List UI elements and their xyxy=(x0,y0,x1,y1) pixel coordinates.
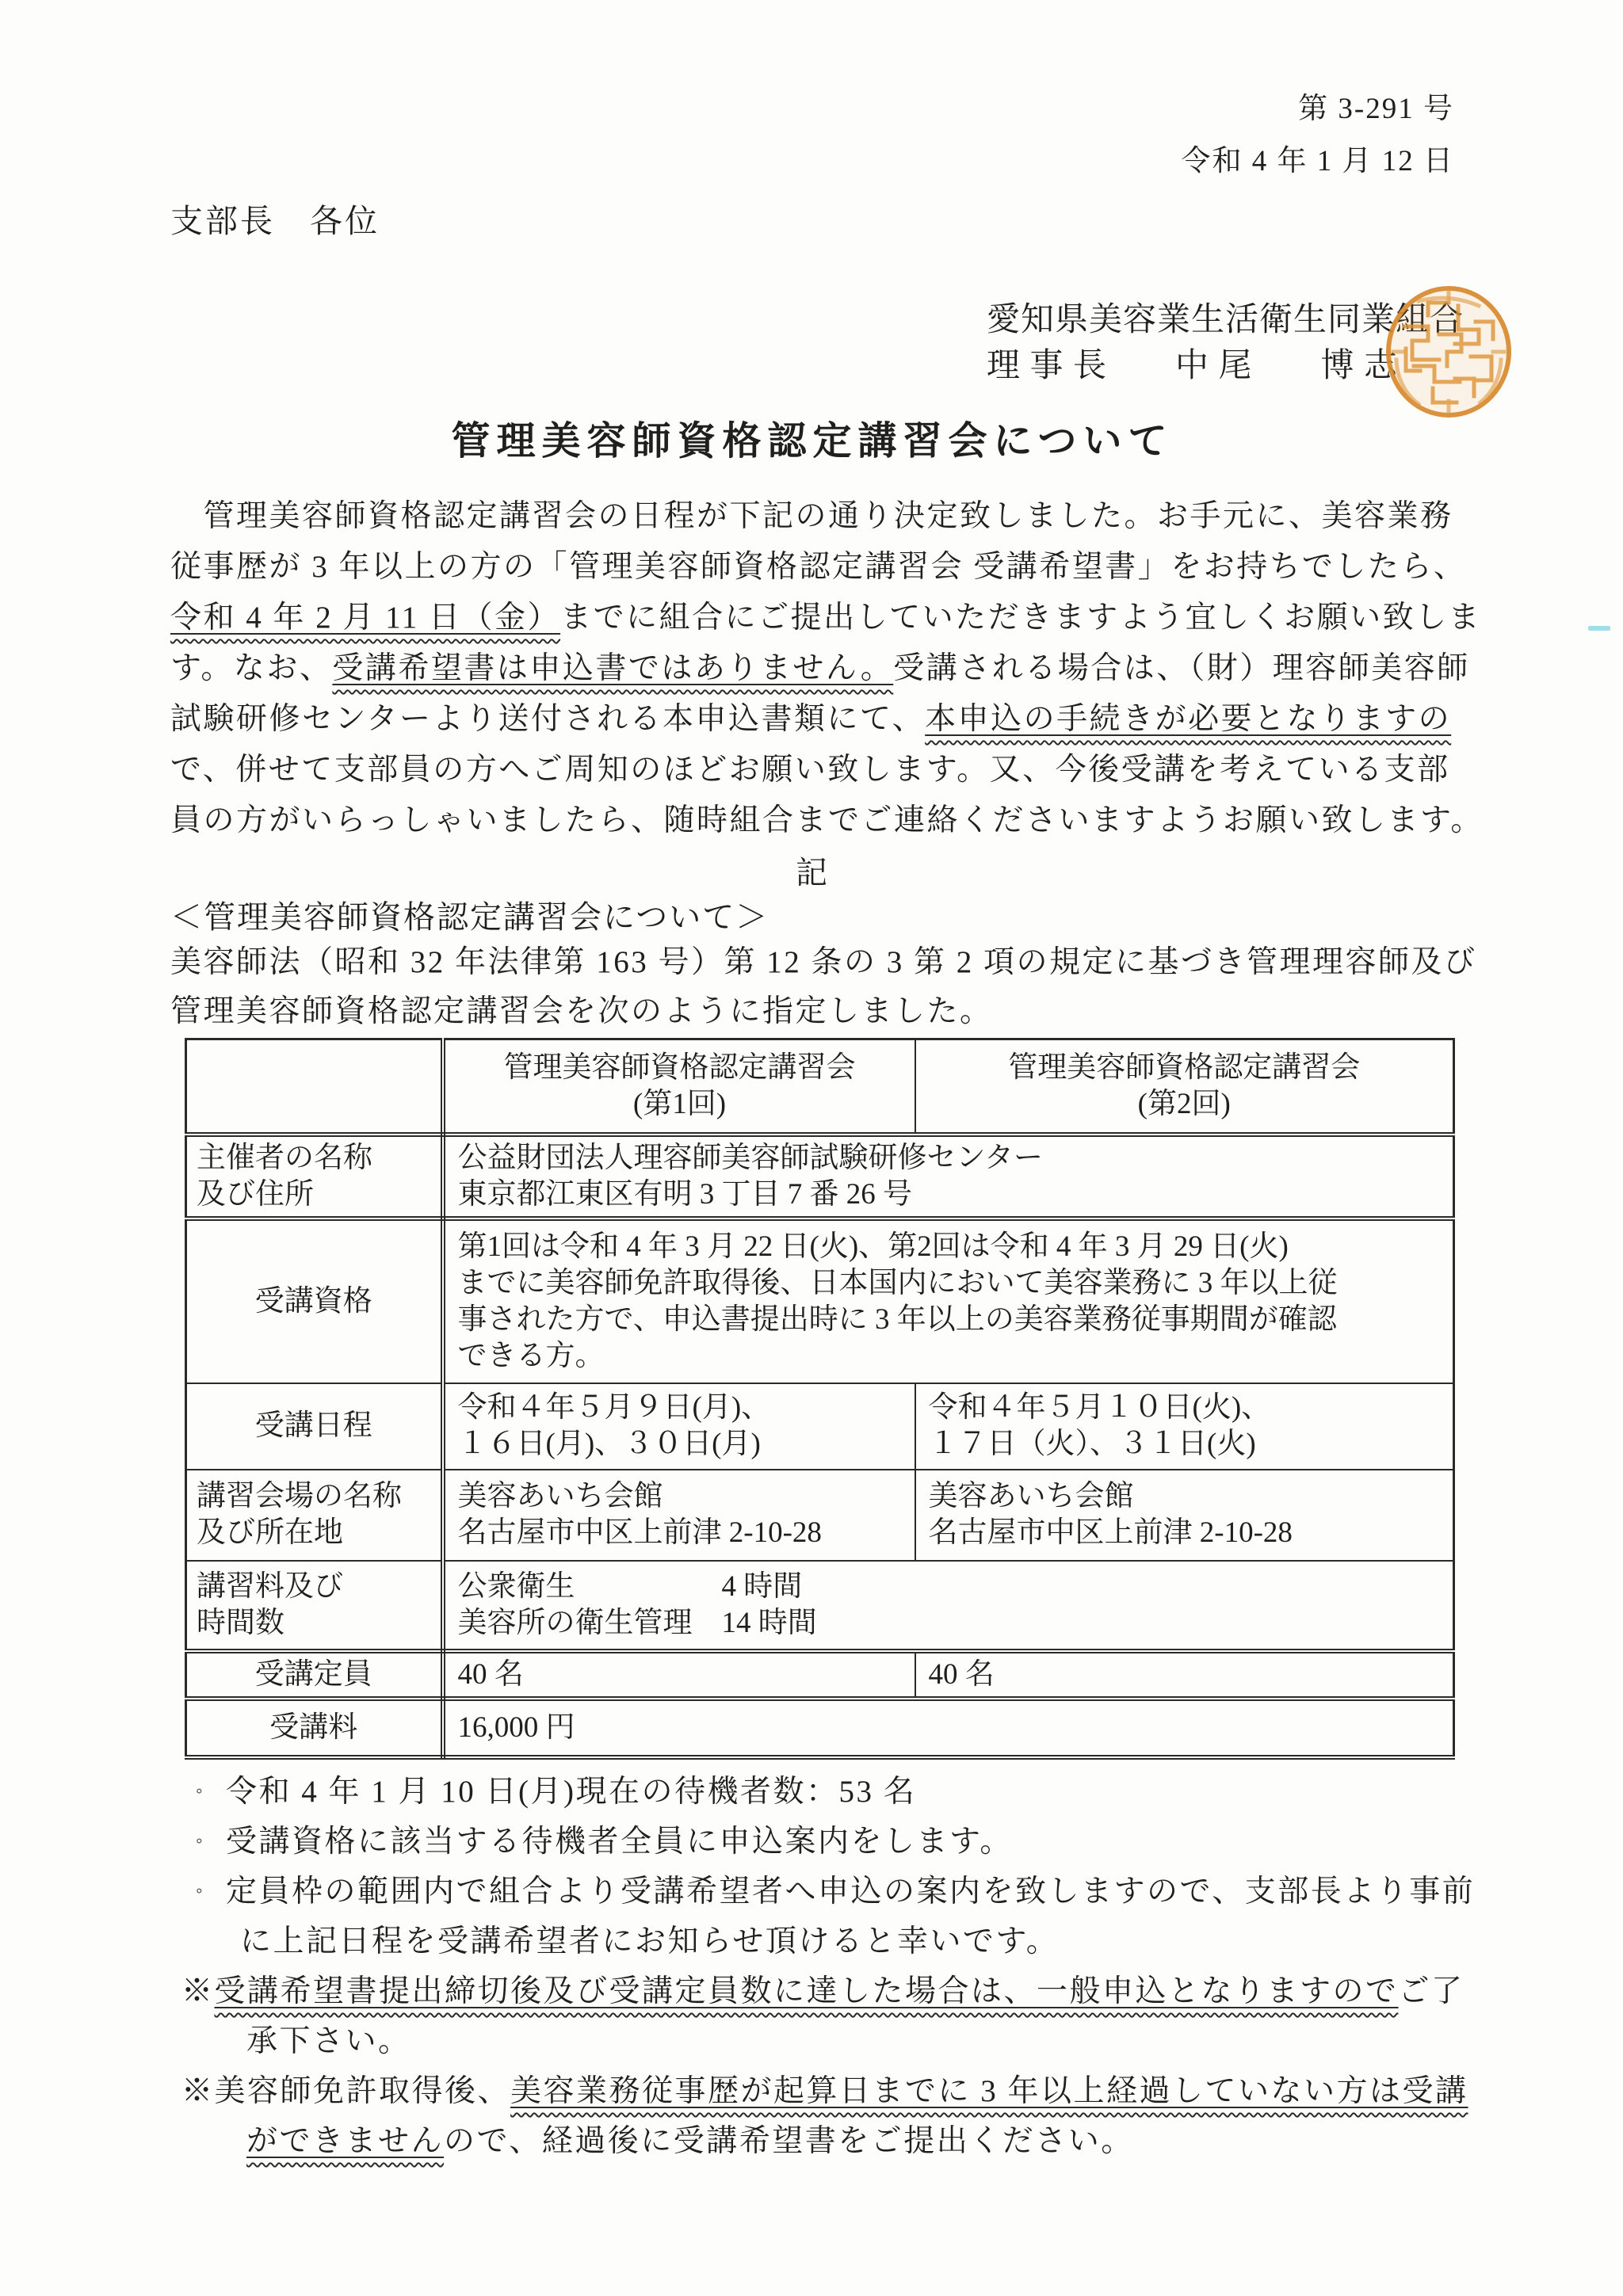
text-segment: ご了 xyxy=(1399,1974,1465,2008)
row-label-venue: 講習会場の名称 及び所在地 xyxy=(186,1470,443,1561)
table-header-row: 管理美容師資格認定講習会 (第1回) 管理美容師資格認定講習会 (第2回) xyxy=(186,1039,1454,1135)
emphasized-text-inner: 美容業務従事歴が起算日までに 3 年以上経過していない方は受講 xyxy=(510,2074,1468,2108)
text-segment: に上記日程を受講希望者にお知らせ頂けると幸いです。 xyxy=(240,1924,1059,1958)
notation-ki: 記 xyxy=(170,848,1454,893)
text-line: 員の方がいらっしゃいましたら、随時組合までご連絡くださいますようお願い致します。 xyxy=(170,795,1486,846)
emphasized-text: 受講希望書は申込書ではありません。 xyxy=(332,651,893,685)
cell-organizer: 公益財団法人理容師美容師試験研修センター 東京都江東区有明 3 丁目 7 番 2… xyxy=(443,1135,1454,1219)
emphasized-text: 本申込の手続きが必要となりますの xyxy=(925,702,1451,736)
table-row-schedule: 受講日程 令和４年５月９日(月)、 １６日(月)、３０日(月) 令和４年５月１０… xyxy=(186,1383,1454,1470)
text-segment: ※美容師免許取得後、 xyxy=(181,2074,510,2108)
document-page: 第 3-291 号 令和 4 年 1 月 12 日 支部長 各位 愛知県美容業生… xyxy=(0,0,1623,2296)
emphasized-text: 受講希望書提出締切後及び受講定員数に達した場合は、一般申込となりますので xyxy=(215,1974,1399,2008)
text-segment: ので、経過後に受講希望書をご提出ください。 xyxy=(444,2124,1134,2158)
text-line: ※美容師免許取得後、美容業務従事歴が起算日までに 3 年以上経過していない方は受… xyxy=(170,2066,1475,2116)
text-segment: 承下さい。 xyxy=(246,2024,411,2058)
emphasized-text-inner: 受講希望書提出締切後及び受講定員数に達した場合は、一般申込となりますので xyxy=(215,1974,1399,2008)
table-row-venue: 講習会場の名称 及び所在地 美容あいち会館 名古屋市中区上前津 2-10-28 … xyxy=(186,1470,1454,1561)
text-line: で、併せて支部員の方へご周知のほどお願い致します。又、今後受講を考えている支部 xyxy=(170,745,1486,795)
scan-artifact-mark xyxy=(1588,626,1610,631)
organization-seal-stamp xyxy=(1382,284,1515,420)
emphasized-text: 令和 4 年 2 月 11 日（金） xyxy=(170,601,560,635)
text-segment: す。なお、 xyxy=(170,651,332,685)
text-line: 承下さい。 xyxy=(170,2016,1475,2066)
text-line: 管理美容師資格認定講習会の日程が下記の通り決定致しました。お手元に、美容業務 xyxy=(170,491,1486,542)
course-info-table: 管理美容師資格認定講習会 (第1回) 管理美容師資格認定講習会 (第2回) 主催… xyxy=(185,1038,1455,1760)
text-segment: までに組合にご提出していただきますよう宜しくお願い致しま xyxy=(560,601,1481,635)
text-segment: 管理美容師資格認定講習会の日程が下記の通り決定致しました。お手元に、美容業務 xyxy=(170,499,1453,533)
bullet-icon: ◦ xyxy=(196,1817,226,1867)
emphasized-text-inner: 本申込の手続きが必要となりますの xyxy=(925,702,1451,736)
notes-list: ◦令和 4 年 1 月 10 日(月)現在の待機者数：53 名◦受講資格に該当す… xyxy=(170,1767,1475,2166)
cell-eligibility: 第1回は令和 4 年 3 月 22 日(火)、第2回は令和 4 年 3 月 29… xyxy=(443,1219,1454,1383)
table-header-session2: 管理美容師資格認定講習会 (第2回) xyxy=(915,1039,1454,1135)
cell-capacity-session1: 40 名 xyxy=(443,1651,915,1699)
text-line: に上記日程を受講希望者にお知らせ頂けると幸いです。 xyxy=(170,1917,1475,1966)
emphasized-text-inner: 受講希望書は申込書ではありません。 xyxy=(332,651,893,685)
row-label-tuition: 受講料 xyxy=(186,1699,443,1757)
emphasized-text: ができません xyxy=(246,2124,444,2158)
table-header-empty-cell xyxy=(186,1039,443,1135)
text-line: 令和 4 年 2 月 11 日（金）までに組合にご提出していただきますよう宜しく… xyxy=(170,593,1486,643)
table-row-fee-hours: 講習料及び 時間数 公衆衛生 4 時間 美容所の衛生管理 14 時間 xyxy=(186,1561,1454,1651)
text-segment: 従事歴が 3 年以上の方の「管理美容師資格認定講習会 受講希望書」をお持ちでした… xyxy=(170,550,1466,584)
cell-venue-session1: 美容あいち会館 名古屋市中区上前津 2-10-28 xyxy=(443,1470,915,1561)
law-line: 美容師法（昭和 32 年法律第 163 号）第 12 条の 3 第 2 項の規定… xyxy=(170,938,1477,987)
doc-date-text: 令和 4 年 1 月 12 日 xyxy=(1182,136,1455,179)
table-row-organizer: 主催者の名称 及び住所 公益財団法人理容師美容師試験研修センター 東京都江東区有… xyxy=(186,1135,1454,1219)
text-line: ※受講希望書提出締切後及び受講定員数に達した場合は、一般申込となりますのでご了 xyxy=(170,1966,1475,2016)
text-segment: 受講される場合は、（財）理容師美容師 xyxy=(893,651,1470,685)
row-label-eligibility: 受講資格 xyxy=(186,1219,443,1383)
emphasized-text-inner: 令和 4 年 2 月 11 日（金） xyxy=(170,601,560,635)
bullet-icon: ◦ xyxy=(196,1767,226,1817)
table-row-eligibility: 受講資格 第1回は令和 4 年 3 月 22 日(火)、第2回は令和 4 年 3… xyxy=(186,1219,1454,1383)
law-reference-text: 美容師法（昭和 32 年法律第 163 号）第 12 条の 3 第 2 項の規定… xyxy=(170,938,1477,1036)
text-line: 従事歴が 3 年以上の方の「管理美容師資格認定講習会 受講希望書」をお持ちでした… xyxy=(170,542,1486,593)
addressee-text: 支部長 各位 xyxy=(170,195,380,242)
text-line: ◦受講資格に該当する待機者全員に申込案内をします。 xyxy=(170,1817,1475,1867)
text-segment: 定員枠の範囲内で組合より受講希望者へ申込の案内を致しますので、支部長より事前 xyxy=(226,1875,1475,1909)
cell-schedule-session2: 令和４年５月１０日(火)、 １７日（火）、３１日(火) xyxy=(915,1383,1454,1470)
cell-capacity-session2: 40 名 xyxy=(915,1651,1454,1699)
document-title: 管理美容師資格認定講習会について xyxy=(170,410,1454,466)
text-segment: で、併せて支部員の方へご周知のほどお願い致します。又、今後受講を考えている支部 xyxy=(170,753,1450,787)
row-label-organizer: 主催者の名称 及び住所 xyxy=(186,1135,443,1219)
cell-tuition: 16,000 円 xyxy=(443,1699,1454,1757)
text-segment: ※ xyxy=(181,1974,215,2008)
row-label-schedule: 受講日程 xyxy=(186,1383,443,1470)
section-heading: ＜管理美容師資格認定講習会について＞ xyxy=(170,892,769,937)
text-line: ◦定員枠の範囲内で組合より受講希望者へ申込の案内を致しますので、支部長より事前 xyxy=(170,1867,1475,1917)
body-paragraph: 管理美容師資格認定講習会の日程が下記の通り決定致しました。お手元に、美容業務従事… xyxy=(170,491,1486,846)
text-line: ◦令和 4 年 1 月 10 日(月)現在の待機者数：53 名 xyxy=(170,1767,1475,1817)
row-label-capacity: 受講定員 xyxy=(186,1651,443,1699)
cell-venue-session2: 美容あいち会館 名古屋市中区上前津 2-10-28 xyxy=(915,1470,1454,1561)
bullet-icon: ◦ xyxy=(196,1867,226,1917)
cell-fee-hours: 公衆衛生 4 時間 美容所の衛生管理 14 時間 xyxy=(443,1561,1454,1651)
text-line: ができませんので、経過後に受講希望書をご提出ください。 xyxy=(170,2116,1475,2166)
emphasized-text-inner: ができません xyxy=(246,2124,444,2158)
emphasized-text: 美容業務従事歴が起算日までに 3 年以上経過していない方は受講 xyxy=(510,2074,1468,2108)
doc-number-text: 第 3-291 号 xyxy=(1298,84,1454,127)
text-segment: 員の方がいらっしゃいましたら、随時組合までご連絡くださいますようお願い致します。 xyxy=(170,803,1484,837)
text-line: 試験研修センターより送付される本申込書類にて、本申込の手続きが必要となりますの xyxy=(170,694,1486,745)
row-label-fee-hours: 講習料及び 時間数 xyxy=(186,1561,443,1651)
law-line: 管理美容師資格認定講習会を次のように指定しました。 xyxy=(170,987,1477,1036)
text-segment: 受講資格に該当する待機者全員に申込案内をします。 xyxy=(226,1825,1013,1859)
table-row-capacity: 受講定員 40 名 40 名 xyxy=(186,1651,1454,1699)
table-row-tuition: 受講料 16,000 円 xyxy=(186,1699,1454,1757)
text-line: す。なお、受講希望書は申込書ではありません。受講される場合は、（財）理容師美容師 xyxy=(170,643,1486,694)
table-header-session1: 管理美容師資格認定講習会 (第1回) xyxy=(443,1039,915,1135)
cell-schedule-session1: 令和４年５月９日(月)、 １６日(月)、３０日(月) xyxy=(443,1383,915,1470)
text-segment: 令和 4 年 1 月 10 日(月)現在の待機者数：53 名 xyxy=(226,1775,916,1809)
text-segment: 試験研修センターより送付される本申込書類にて、 xyxy=(170,702,925,736)
